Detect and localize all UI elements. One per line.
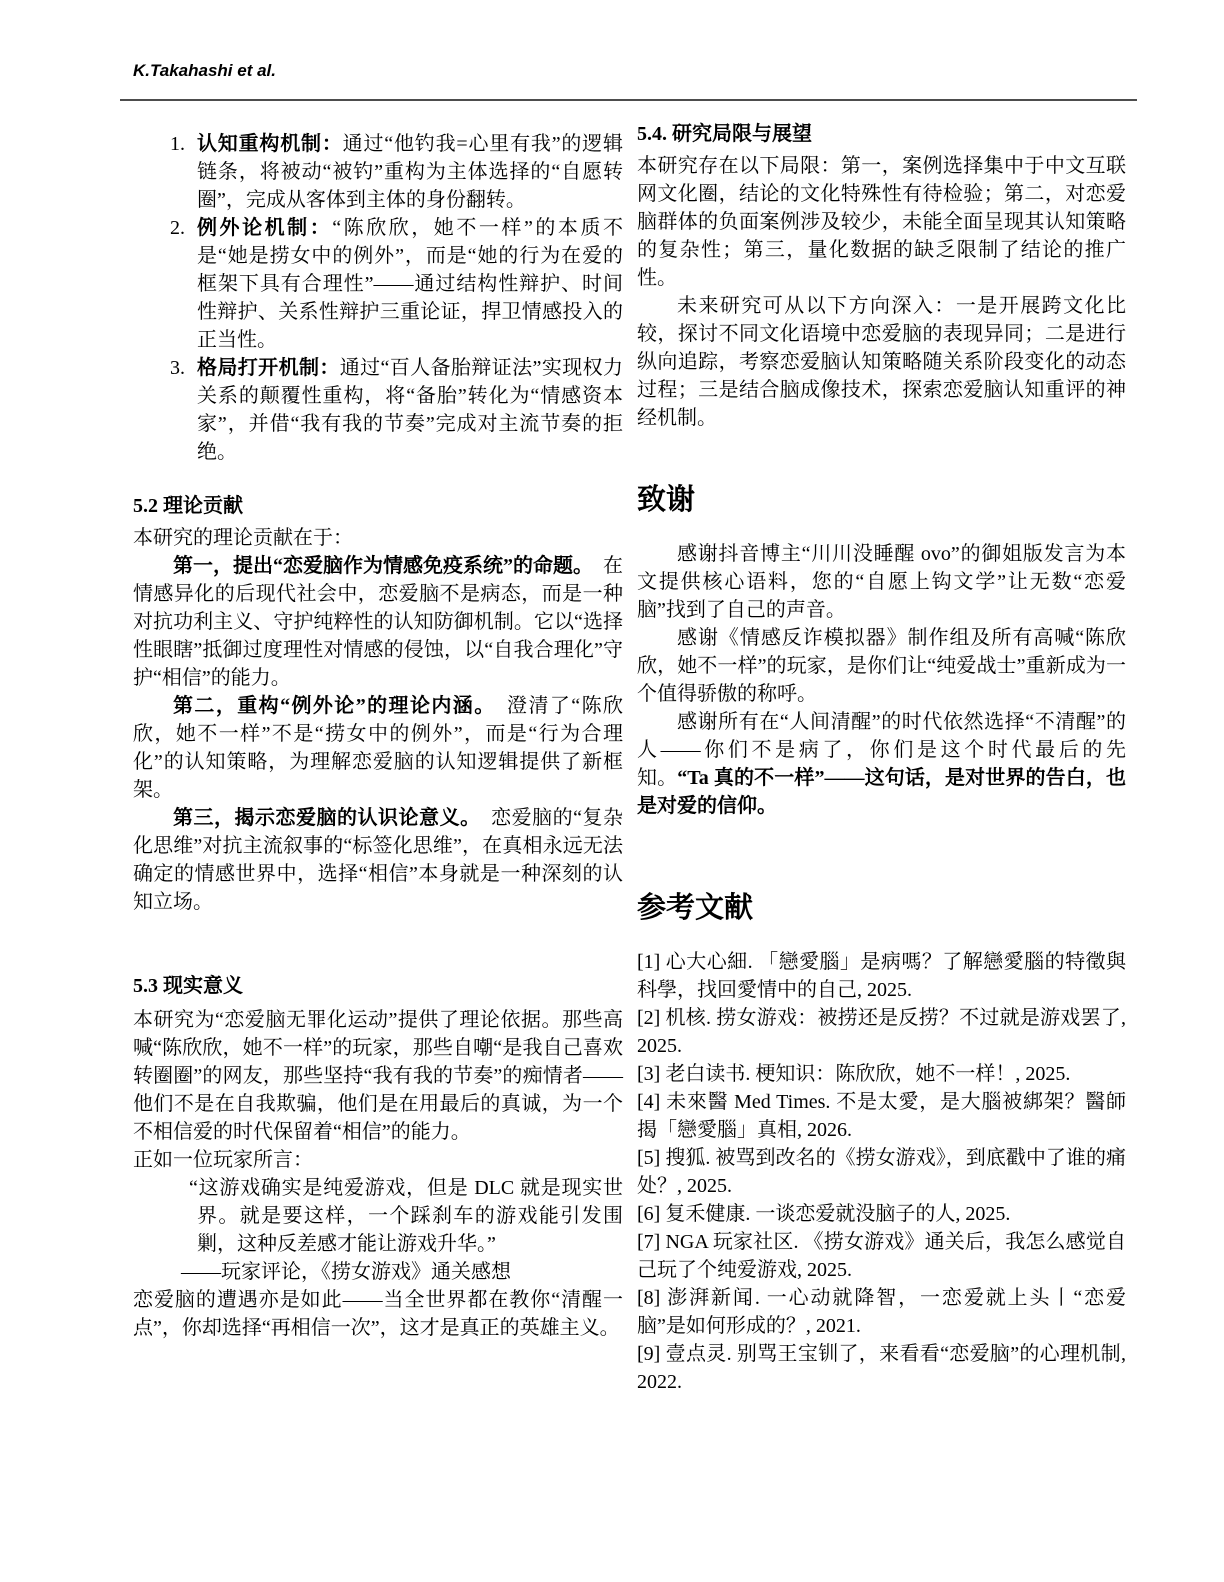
sec53-paragraph-1: 本研究为“恋爱脑无罪化运动”提供了理论依据。那些高喊“陈欣欣，她不一样”的玩家，… (133, 1006, 623, 1146)
list-item-text: 例外论机制：“陈欣欣，她不一样”的本质不是“她是捞女中的例外”，而是“她的行为在… (197, 214, 623, 354)
sec53-paragraph-2: 正如一位玩家所言： (133, 1146, 623, 1174)
acknowledgements-heading: 致谢 (637, 482, 1126, 518)
sec52-paragraph-2: 第二，重构“例外论”的理论内涵。 澄清了“陈欣欣，她不一样”不是“捞女中的例外”… (133, 692, 623, 804)
list-item: 1. 认知重构机制：通过“他钓我=心里有我”的逻辑链条，将被动“被钓”重构为主体… (133, 130, 623, 214)
running-head: K.Takahashi et al. (133, 60, 276, 82)
reference-item: [3] 老白读书. 梗知识：陈欣欣，她不一样！, 2025. (637, 1060, 1126, 1088)
sec52-paragraph-3: 第三，揭示恋爱脑的认识论意义。 恋爱脑的“复杂化思维”对抗主流叙事的“标签化思维… (133, 804, 623, 916)
sec54-paragraph-2: 未来研究可从以下方向深入：一是开展跨文化比较，探讨不同文化语境中恋爱脑的表现异同… (637, 292, 1126, 432)
reference-item: [1] 心大心細. 「戀愛腦」是病嗎？了解戀愛腦的特徵與科學，找回愛情中的自己,… (637, 948, 1126, 1004)
sec54-paragraph-1: 本研究存在以下局限：第一，案例选择集中于中文互联网文化圈，结论的文化特殊性有待检… (637, 152, 1126, 292)
reference-item: [5] 搜狐. 被骂到改名的《捞女游戏》，到底戳中了谁的痛处？, 2025. (637, 1144, 1126, 1200)
reference-item: [6] 复禾健康. 一谈恋爱就没脑子的人, 2025. (637, 1200, 1126, 1228)
list-item-number: 2. (170, 214, 197, 354)
reference-item: [2] 机核. 捞女游戏：被捞还是反捞？不过就是游戏罢了, 2025. (637, 1004, 1126, 1060)
list-item-number: 1. (170, 130, 197, 214)
sec52-intro: 本研究的理论贡献在于： (133, 524, 623, 552)
reference-item: [9] 壹点灵. 别骂王宝钏了，来看看“恋爱脑”的心理机制, 2022. (637, 1340, 1126, 1396)
reference-item: [4] 未來醫 Med Times. 不是太愛，是大腦被綁架？醫師揭「戀愛腦」真… (637, 1088, 1126, 1144)
list-item: 2. 例外论机制：“陈欣欣，她不一样”的本质不是“她是捞女中的例外”，而是“她的… (133, 214, 623, 354)
list-item-text: 格局打开机制：通过“百人备胎辩证法”实现权力关系的颠覆性重构，将“备胎”转化为“… (197, 354, 623, 466)
sec53-paragraph-3: 恋爱脑的遭遇亦是如此——当全世界都在教你“清醒一点”，你却选择“再相信一次”，这… (133, 1286, 623, 1342)
right-column: 5.4. 研究局限与展望 本研究存在以下局限：第一，案例选择集中于中文互联网文化… (637, 120, 1126, 1396)
header-rule (120, 99, 1137, 101)
list-item-number: 3. (170, 354, 197, 466)
left-column: 1. 认知重构机制：通过“他钓我=心里有我”的逻辑链条，将被动“被钓”重构为主体… (133, 120, 623, 1342)
references-heading: 参考文献 (637, 890, 1126, 926)
sec52-paragraph-1: 第一，提出“恋爱脑作为情感免疫系统”的命题。 在情感异化的后现代社会中，恋爱脑不… (133, 552, 623, 692)
ack-paragraph-1: 感谢抖音博主“川川没睡醒 ovo”的御姐版发言为本文提供核心语料，您的“自愿上钩… (637, 540, 1126, 624)
player-quote: “这游戏确实是纯爱游戏，但是 DLC 就是现实世界。就是要这样，一个踩刹车的游戏… (197, 1174, 623, 1258)
section-5-4-heading: 5.4. 研究局限与展望 (637, 120, 1126, 148)
list-item-text: 认知重构机制：通过“他钓我=心里有我”的逻辑链条，将被动“被钓”重构为主体选择的… (197, 130, 623, 214)
ack-paragraph-2: 感谢《情感反诈模拟器》制作组及所有高喊“陈欣欣，她不一样”的玩家，是你们让“纯爱… (637, 624, 1126, 708)
section-5-3-heading: 5.3 现实意义 (133, 972, 623, 1000)
reference-item: [8] 澎湃新闻. 一心动就降智，一恋爱就上头丨“恋爱脑”是如何形成的？, 20… (637, 1284, 1126, 1340)
list-item: 3. 格局打开机制：通过“百人备胎辩证法”实现权力关系的颠覆性重构，将“备胎”转… (133, 354, 623, 466)
quote-attribution: ——玩家评论，《捞女游戏》通关感想 (181, 1258, 623, 1286)
section-5-2-heading: 5.2 理论贡献 (133, 492, 623, 520)
reference-item: [7] NGA 玩家社区. 《捞女游戏》通关后，我怎么感觉自己玩了个纯爱游戏, … (637, 1228, 1126, 1284)
ack-paragraph-3: 感谢所有在“人间清醒”的时代依然选择“不清醒”的人——你们不是病了，你们是这个时… (637, 708, 1126, 820)
paper-page: K.Takahashi et al. 1. 认知重构机制：通过“他钓我=心里有我… (0, 0, 1224, 1582)
mechanism-list: 1. 认知重构机制：通过“他钓我=心里有我”的逻辑链条，将被动“被钓”重构为主体… (133, 130, 623, 466)
